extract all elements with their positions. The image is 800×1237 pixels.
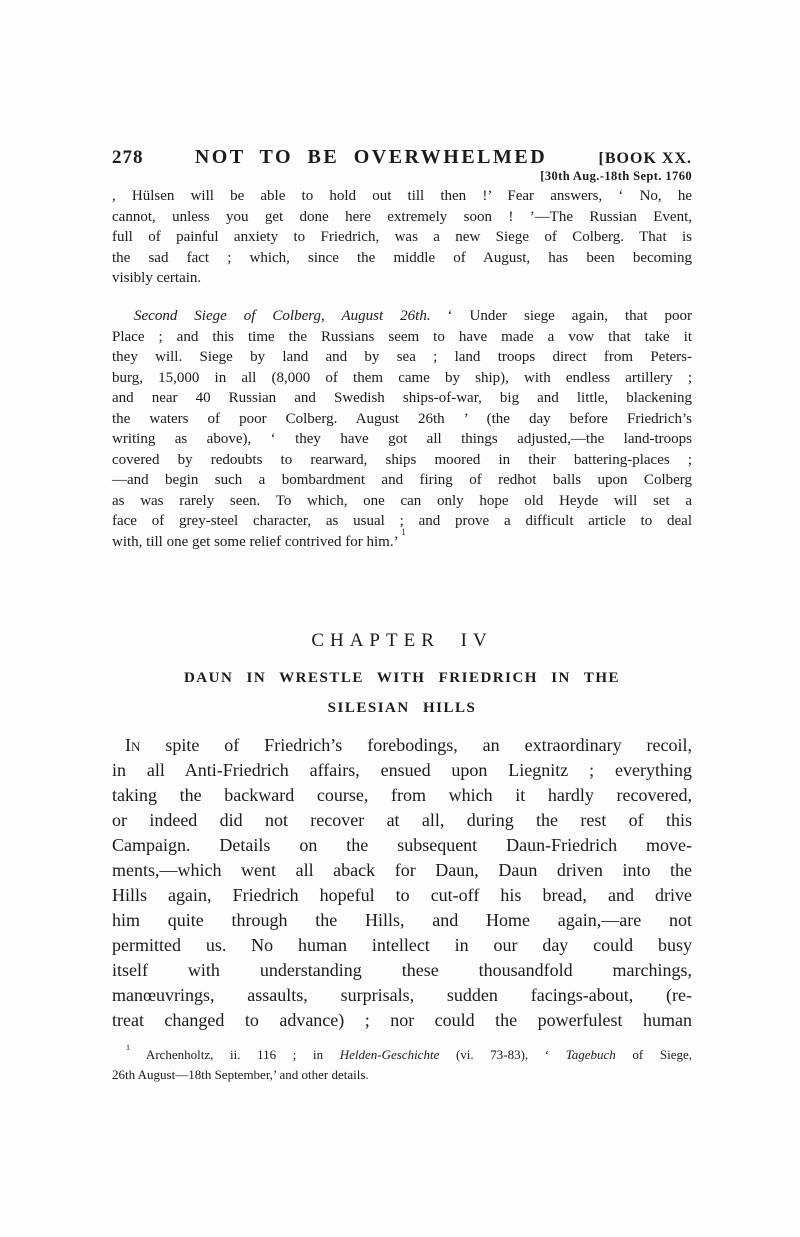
text-line: treat changed to advance) ; nor could th… — [112, 1008, 692, 1033]
text-line: burg, 15,000 in all (8,000 of them came … — [112, 368, 692, 389]
book-page: 278 NOT TO BE OVERWHELMED [BOOK XX. [30t… — [0, 0, 800, 1237]
footnote-text: Archenholtz, ii. 116 ; in — [130, 1047, 340, 1062]
footnote-work-title: Helden-Geschichte — [340, 1047, 440, 1062]
continuation-paragraph: , Hülsen will be able to hold out till t… — [112, 186, 692, 289]
text-line: with, till one get some relief contrived… — [112, 532, 692, 553]
text-line: the waters of poor Colberg. August 26th … — [112, 409, 692, 430]
text-line: as was rarely seen. To which, one can on… — [112, 491, 692, 512]
text-line: writing as above), ‘ they have got all t… — [112, 429, 692, 450]
text-line: the sad fact ; which, since the middle o… — [112, 248, 692, 269]
text-line: cannot, unless you get done here extreme… — [112, 207, 692, 228]
text-line: in all Anti-Friedrich affairs, ensued up… — [112, 758, 692, 783]
excerpt-last-line-text: with, till one get some relief contrived… — [112, 534, 401, 550]
footnote-marker: 1 — [126, 1043, 130, 1052]
footnote-work-title: Tagebuch — [566, 1047, 616, 1062]
running-header: 278 NOT TO BE OVERWHELMED [BOOK XX. — [112, 146, 692, 169]
page-number: 278 — [112, 147, 144, 169]
text-line: or indeed did not recover at all, during… — [112, 808, 692, 833]
text-line: full of painful anxiety to Friedrich, wa… — [112, 227, 692, 248]
text-line: In spite of Friedrich’s forebodings, an … — [112, 733, 692, 758]
text-line: —and begin such a bombardment and firing… — [112, 470, 692, 491]
chapter-heading: CHAPTER IV — [112, 630, 692, 652]
excerpt-lead-italic: Second Siege of Colberg, August 26th. — [134, 308, 431, 324]
text-line: ments,—which went all aback for Daun, Da… — [112, 858, 692, 883]
chapter-subtitle-line: SILESIAN HILLS — [112, 693, 692, 723]
text-line: and near 40 Russian and Swedish ships-of… — [112, 388, 692, 409]
chapter-subtitle: DAUN IN WRESTLE WITH FRIEDRICH IN THE SI… — [112, 663, 692, 723]
excerpt-lead-rest: ‘ Under siege again, that poor — [431, 308, 692, 324]
chapter-subtitle-line: DAUN IN WRESTLE WITH FRIEDRICH IN THE — [112, 663, 692, 693]
text-line: , Hülsen will be able to hold out till t… — [112, 186, 692, 207]
text-line: Place ; and this time the Russians seem … — [112, 327, 692, 348]
text-line: covered by redoubts to rearward, ships m… — [112, 450, 692, 471]
text-line: permitted us. No human intellect in our … — [112, 933, 692, 958]
text-line: itself with understanding these thousand… — [112, 958, 692, 983]
text-line: him quite through the Hills, and Home ag… — [112, 908, 692, 933]
opening-word-smallcaps: In — [125, 735, 140, 755]
running-title: NOT TO BE OVERWHELMED — [144, 146, 599, 169]
excerpt-paragraph: Second Siege of Colberg, August 26th. ‘ … — [112, 306, 692, 552]
opening-line-rest: spite of Friedrich’s forebodings, an ext… — [140, 735, 692, 755]
text-line: Campaign. Details on the subsequent Daun… — [112, 833, 692, 858]
footnote-line: 26th August—18th September,’ and other d… — [112, 1065, 692, 1085]
footnote-text: (vi. 73-83), ‘ — [439, 1047, 565, 1062]
footnote: 1 Archenholtz, ii. 116 ; in Helden-Gesch… — [112, 1045, 692, 1084]
footnote-reference: 1 — [401, 528, 406, 538]
text-line: taking the backward course, from which i… — [112, 783, 692, 808]
book-marker: [BOOK XX. — [599, 150, 692, 168]
text-line: manœuvrings, assaults, surprisals, sudde… — [112, 983, 692, 1008]
text-line: they will. Siege by land and by sea ; la… — [112, 347, 692, 368]
footnote-text: of Siege, — [616, 1047, 692, 1062]
footnote-line: 1 Archenholtz, ii. 116 ; in Helden-Gesch… — [112, 1045, 692, 1065]
margin-dateline: [30th Aug.-18th Sept. 1760 — [112, 169, 692, 184]
text-line: Hills again, Friedrich hopeful to cut-of… — [112, 883, 692, 908]
chapter-body-paragraph: In spite of Friedrich’s forebodings, an … — [112, 733, 692, 1033]
text-line: Second Siege of Colberg, August 26th. ‘ … — [112, 306, 692, 327]
text-line: visibly certain. — [112, 268, 692, 289]
